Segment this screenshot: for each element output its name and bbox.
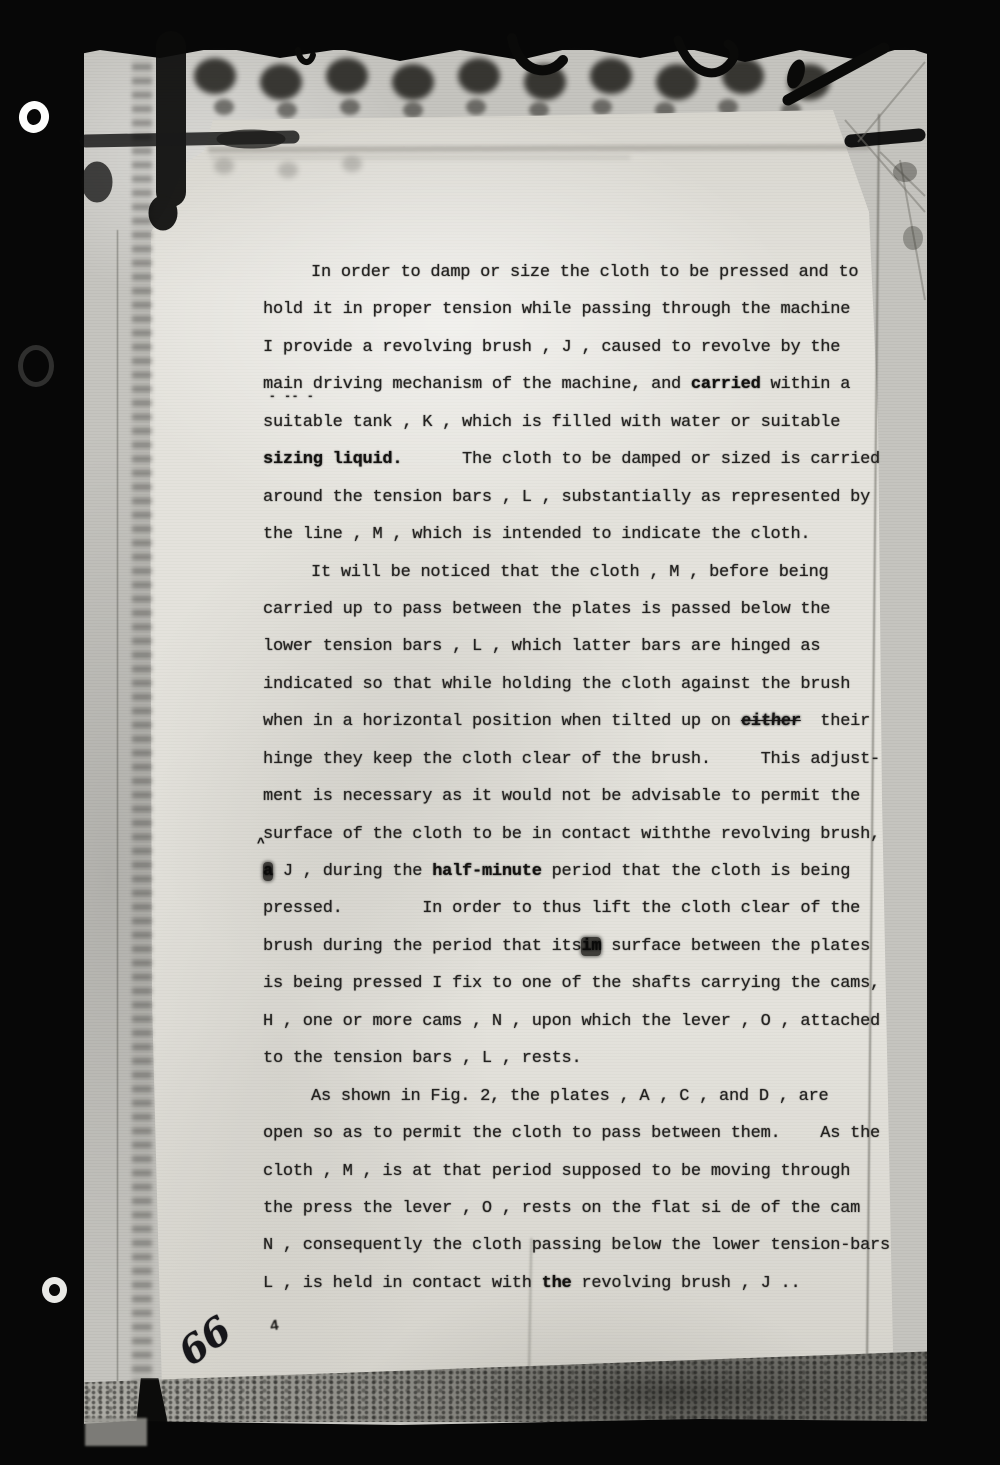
bleed-dot (214, 158, 234, 174)
typed-text: N , consequently the cloth passing below… (263, 1236, 890, 1255)
typed-text: main driving mechanism of the machine, a… (263, 375, 691, 394)
typed-line: It will be noticed that the cloth , M , … (263, 554, 923, 591)
typed-text: the revolving brush, (681, 825, 880, 844)
typed-text: hinge they keep the cloth clear of the b… (263, 750, 880, 769)
typed-text: pressed. In order to thus lift the cloth… (263, 899, 860, 918)
typed-line: H , one or more cams , N , upon which th… (263, 1003, 923, 1040)
typed-text: surface of the cloth to be in contact wi… (263, 825, 681, 844)
typed-line: I provide a revolving brush , J , caused… (263, 329, 923, 366)
film-border-left (0, 0, 84, 1465)
typed-text: suitable tank , K , which is filled with… (263, 413, 840, 432)
binding-shadow (132, 56, 152, 1386)
typed-line: the press the lever , O , rests on the f… (263, 1190, 923, 1227)
film-border-bottom (0, 1419, 1000, 1465)
typed-line: the line , M , which is intended to indi… (263, 516, 923, 553)
film-hole-icon (42, 1277, 67, 1303)
typed-text-sb: either (740, 703, 802, 740)
typed-text: L , is held in contact with (263, 1274, 542, 1293)
typed-line: lower tension bars , L , which latter ba… (263, 628, 923, 665)
typed-text: around the tension bars , L , substantia… (263, 488, 870, 507)
typed-text: revolving brush , J .. (572, 1274, 801, 1293)
typed-text: The cloth to be damped or sized is carri… (402, 450, 880, 469)
typed-line: hold it in proper tension while passing … (263, 291, 923, 328)
typed-text: open so as to permit the cloth to pass b… (263, 1124, 880, 1143)
typed-text: indicated so that while holding the clot… (263, 675, 850, 694)
typed-line: L , is held in contact with the revolvin… (263, 1265, 923, 1302)
typed-text: the line , M , which is intended to indi… (263, 525, 810, 544)
microfilm-frame: In order to damp or size the cloth to be… (0, 0, 1000, 1465)
typed-text: to the tension bars , L , rests. (263, 1049, 581, 1068)
film-border-right (927, 0, 1000, 1465)
typed-text-bd: carried (691, 375, 761, 394)
typed-text-b: the (542, 1274, 572, 1293)
typed-line: surface of the cloth to be in contact wi… (263, 816, 923, 853)
typed-line: sizing liquid. The cloth to be damped or… (263, 441, 923, 478)
typed-line: pressed. In order to thus lift the cloth… (263, 890, 923, 927)
typed-text: carried up to pass between the plates is… (263, 600, 830, 619)
typed-line: when in a horizontal position when tilte… (263, 703, 923, 740)
typed-line: open so as to permit the cloth to pass b… (263, 1115, 923, 1152)
typed-line: indicated so that while holding the clot… (263, 666, 923, 703)
typed-text: the press the lever , O , rests on the f… (263, 1199, 860, 1218)
typed-text-blot: im (581, 937, 601, 956)
film-border-top (0, 0, 1000, 66)
paper-crease (210, 156, 630, 159)
typed-line: suitable tank , K , which is filled with… (263, 404, 923, 441)
typed-line: ment is necessary as it would not be adv… (263, 778, 923, 815)
typed-text: As shown in Fig. 2, the plates , A , C ,… (311, 1087, 829, 1106)
typed-text-b: half-minute (432, 862, 541, 881)
typed-text: It will be noticed that the cloth , M , … (311, 563, 829, 582)
typed-line: a J , during the half-minute period that… (263, 853, 923, 890)
paper-fragment (85, 1418, 147, 1446)
typed-text: J , during the (273, 862, 432, 881)
typed-text-b: sizing liquid. (263, 450, 402, 469)
typed-text: surface between the plates (601, 937, 870, 956)
typed-line: main driving mechanism of the machine, a… (263, 366, 923, 403)
bleed-dot (278, 162, 298, 178)
typed-text-blot: a (263, 862, 273, 881)
typed-text: within a (761, 375, 851, 394)
typed-text: ment is necessary as it would not be adv… (263, 787, 860, 806)
typed-line: is being pressed I fix to one of the sha… (263, 965, 923, 1002)
typed-text: In order to damp or size the cloth to be… (311, 263, 858, 282)
typed-text: lower tension bars , L , which latter ba… (263, 637, 820, 656)
typed-text: hold it in proper tension while passing … (263, 300, 850, 319)
typed-line: carried up to pass between the plates is… (263, 591, 923, 628)
typed-lines: In order to damp or size the cloth to be… (263, 254, 923, 1302)
typed-text: I provide a revolving brush , J , caused… (263, 338, 840, 357)
typed-line: In order to damp or size the cloth to be… (263, 254, 923, 291)
typed-line: N , consequently the cloth passing below… (263, 1227, 923, 1264)
typed-line: cloth , M , is at that period supposed t… (263, 1153, 923, 1190)
typed-line: brush during the period that itsim surfa… (263, 928, 923, 965)
sheet-edge-line (117, 230, 118, 1395)
typed-text: their (800, 712, 870, 731)
typed-text: H , one or more cams , N , upon which th… (263, 1012, 880, 1031)
typed-text: when in a horizontal position when tilte… (263, 712, 741, 731)
typed-text: period that the cloth is being (542, 862, 851, 881)
typed-text: cloth , M , is at that period supposed t… (263, 1162, 850, 1181)
film-hole-faint-icon (18, 345, 54, 387)
typed-line: to the tension bars , L , rests. (263, 1040, 923, 1077)
typed-line: hinge they keep the cloth clear of the b… (263, 741, 923, 778)
typed-text: brush during the period that its (263, 937, 581, 956)
typed-line: around the tension bars , L , substantia… (263, 479, 923, 516)
typed-text: is being pressed I fix to one of the sha… (263, 974, 880, 993)
typed-line: As shown in Fig. 2, the plates , A , C ,… (263, 1078, 923, 1115)
